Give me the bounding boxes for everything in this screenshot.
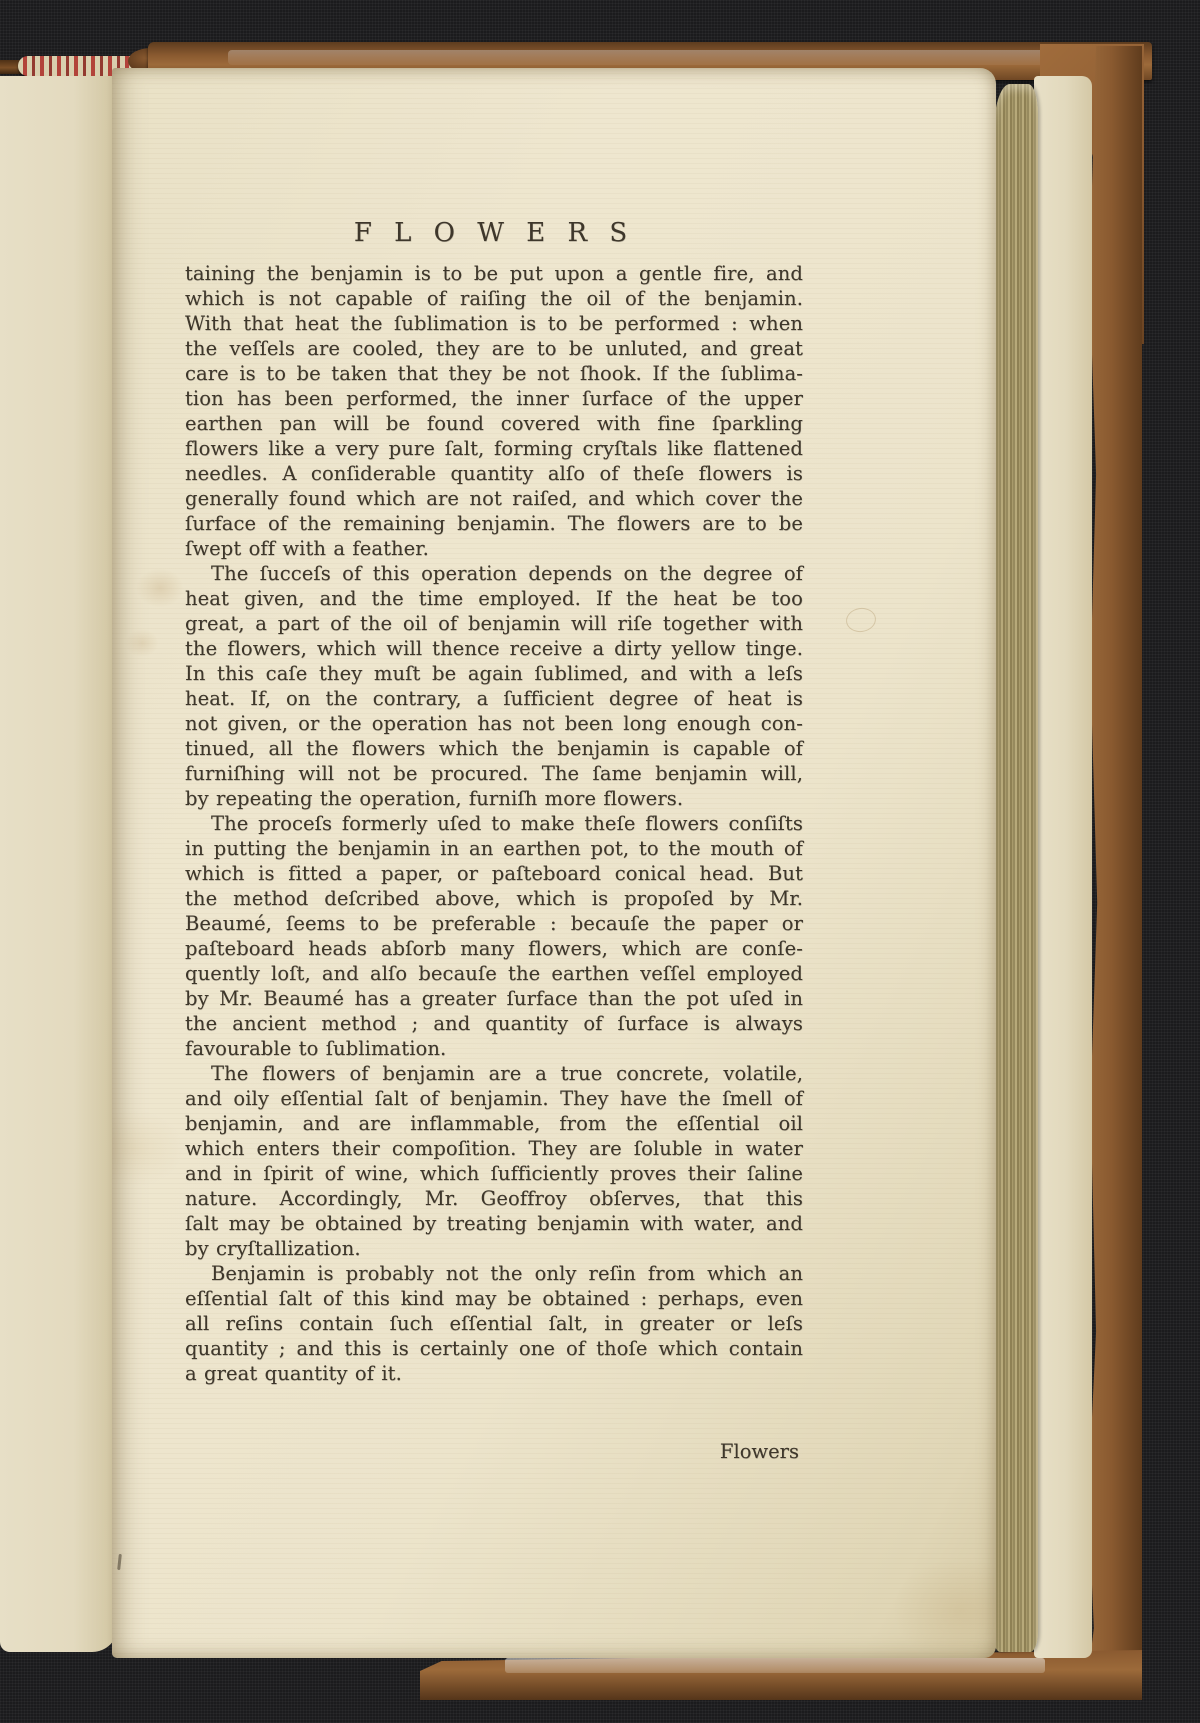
text-line: which is fitted a paper, or paſteboard c… (185, 861, 803, 886)
previous-page-edge (0, 76, 118, 1652)
text-line: tion has been performed, the inner ſurfa… (185, 386, 803, 411)
paper-blemish (844, 606, 877, 634)
text-line: in putting the benjamin in an earthen po… (185, 836, 803, 861)
text-line: heat given, and the time employed. If th… (185, 586, 803, 611)
text-line: which is not capable of raiſing the oil … (185, 286, 803, 311)
text-line: With that heat the ſublimation is to be … (185, 311, 803, 336)
text-line: ſwept off with a feather. (185, 536, 803, 561)
text-line: which enters their compoſition. They are… (185, 1136, 803, 1161)
body-text: taining the benjamin is to be put upon a… (185, 261, 803, 1386)
text-line: The proceſs formerly uſed to make theſe … (185, 811, 803, 836)
text-line: eſſential ſalt of this kind may be obtai… (185, 1286, 803, 1311)
text-line: taining the benjamin is to be put upon a… (185, 261, 803, 286)
text-line: by Mr. Beaumé has a greater ſurface than… (185, 986, 803, 1011)
tape-shine (228, 50, 1112, 64)
bottom-tape-strip (505, 1658, 1045, 1673)
text-line: great, a part of the oil of benjamin wil… (185, 611, 803, 636)
text-line: ſalt may be obtained by treating benjami… (185, 1211, 803, 1236)
text-line: generally found which are not raiſed, an… (185, 486, 803, 511)
text-line: the method deſcribed above, which is pro… (185, 886, 803, 911)
text-line: nature. Accordingly, Mr. Geoffroy obſerv… (185, 1186, 803, 1211)
text-line: benjamin, and are inflammable, from the … (185, 1111, 803, 1136)
running-head: F L O W E R S (185, 218, 803, 248)
catchword: Flowers (185, 1440, 803, 1463)
text-block: F L O W E R S taining the benjamin is to… (185, 218, 803, 1463)
book-page: F L O W E R S taining the benjamin is to… (112, 68, 996, 1658)
text-line: The ſucceſs of this operation depends on… (185, 561, 803, 586)
text-line: ſurface of the remaining benjamin. The f… (185, 511, 803, 536)
text-line: by cryſtallization. (185, 1236, 803, 1261)
text-line: care is to be taken that they be not ſho… (185, 361, 803, 386)
text-line: quently loſt, and alſo becauſe the earth… (185, 961, 803, 986)
text-line: the ancient method ; and quantity of ſur… (185, 1011, 803, 1036)
text-line: tinued, all the flowers which the benjam… (185, 736, 803, 761)
right-cover-leather (1086, 46, 1142, 1694)
text-line: all reſins contain ſuch eſſential ſalt, … (185, 1311, 803, 1336)
text-line: the veſſels are cooled, they are to be u… (185, 336, 803, 361)
text-line: The flowers of benjamin are a true concr… (185, 1061, 803, 1086)
text-line: paſteboard heads abſorb many flowers, wh… (185, 936, 803, 961)
text-line: favourable to ſublimation. (185, 1036, 803, 1061)
text-line: In this caſe they muſt be again ſublimed… (185, 661, 803, 686)
text-line: quantity ; and this is certainly one of … (185, 1336, 803, 1361)
photo-background: { "page": { "header": "F L O W E R S", "… (0, 0, 1200, 1723)
fore-edge-page-stack (994, 84, 1038, 1652)
text-line: and oily eſſential ſalt of benjamin. The… (185, 1086, 803, 1111)
text-line: flowers like a very pure ſalt, forming c… (185, 436, 803, 461)
text-line: earthen pan will be found covered with f… (185, 411, 803, 436)
text-line: the flowers, which will thence receive a… (185, 636, 803, 661)
text-line: and in ſpirit of wine, which ſufficientl… (185, 1161, 803, 1186)
text-line: heat. If, on the contrary, a ſufficient … (185, 686, 803, 711)
text-line: a great quantity of it. (185, 1361, 803, 1386)
margin-mark (117, 1554, 122, 1570)
text-line: Benjamin is probably not the only reſin … (185, 1261, 803, 1286)
text-line: needles. A conſiderable quantity alſo of… (185, 461, 803, 486)
text-line: not given, or the operation has not been… (185, 711, 803, 736)
text-line: by repeating the operation, furniſh more… (185, 786, 803, 811)
text-line: furniſhing will not be procured. The ſam… (185, 761, 803, 786)
text-line: Beaumé, ſeems to be preferable : becauſe… (185, 911, 803, 936)
endpaper (1034, 76, 1092, 1658)
